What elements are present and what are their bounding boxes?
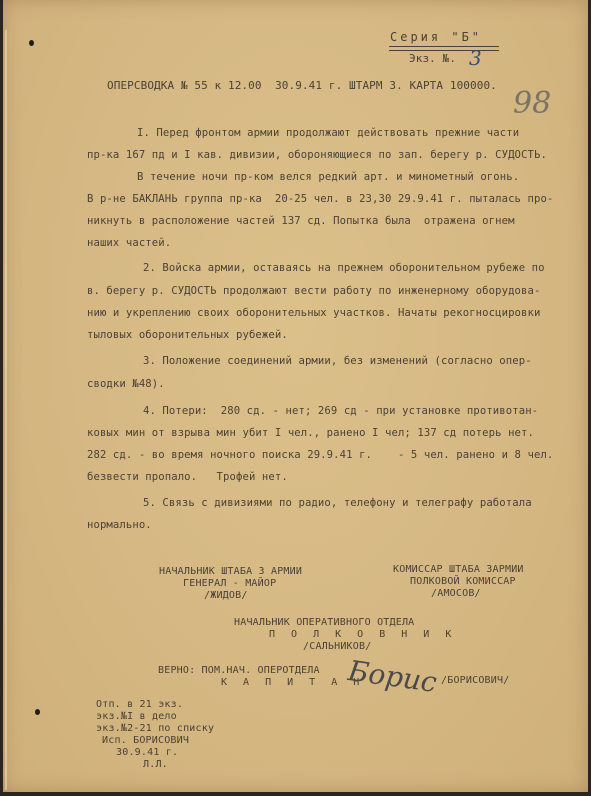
paragraph-1-line: никнуть в расположение частей 137 сд. По… [87,215,515,227]
handwritten-signature: Борис [346,654,439,699]
paragraph-5-line: нормально. [87,519,152,531]
series-underline [389,46,499,51]
signature-rank: П О Л К О В Н И К [269,629,456,640]
signature-title: КОМИССАР ШТАБА 3АРМИИ [393,564,524,575]
signature-name: /АМОСОВ/ [431,588,481,599]
footer-line: экз.№I в дело [96,711,177,722]
paragraph-1-line: наших частей. [87,237,171,249]
signature-title: НАЧАЛЬНИК ШТАБА 3 АРМИИ [159,566,302,577]
paragraph-2-line: нию и укреплению своих оборонительных уч… [87,307,540,319]
footer-line: 30.9.41 г. [116,747,178,758]
signature-title: НАЧАЛЬНИК ОПЕРАТИВНОГО ОТДЕЛА [234,617,414,628]
paragraph-5-line: 5. Связь с дивизиями по радио, телефону … [143,497,532,509]
paragraph-1-line: В течение ночи пр-ком велся редкий арт. … [137,171,519,183]
paragraph-3-line: сводки №48). [87,378,165,390]
ink-spot [35,709,40,715]
footer-line: экз.№2-21 по списку [96,723,214,734]
footer-line: Л.Л. [143,759,168,770]
paragraph-4-line: ковых мин от взрыва мин убит I чел., ран… [87,427,534,439]
paragraph-1-line: В р-не БАКЛАНЬ группа пр-ка 20-25 чел. в… [87,193,553,205]
copy-label: Экз. №. [409,52,456,65]
copy-number: 3 [469,46,482,70]
page-edge [5,30,7,790]
paragraph-4-line: 4. Потери: 280 сд. - нет; 269 сд - при у… [143,405,538,417]
series-label: Серия "Б" [390,30,482,44]
footer-line: Отп. в 21 экз. [96,699,183,710]
document-title: ОПЕРСВОДКА № 55 к 12.00 30.9.41 г. ШТАРМ… [107,79,497,92]
paragraph-1-line: I. Перед фронтом армии продолжают действ… [137,127,519,139]
paragraph-2-line: 2. Войска армии, оставаясь на прежнем об… [143,262,545,274]
ink-spot [29,40,34,46]
signature-rank: К А П И Т А Н [221,677,364,688]
paragraph-2-line: тыловых оборонительных рубежей. [87,329,288,341]
signature-name: /ЖИДОВ/ [204,590,248,601]
signature-rank: ПОЛКОВОЙ КОМИССАР [410,576,516,587]
archival-document-page: Серия "Б" Экз. №. 3 ОПЕРСВОДКА № 55 к 12… [3,0,588,792]
signature-name: /САЛЬНИКОВ/ [303,641,371,652]
signature-rank: ГЕНЕРАЛ - МАЙОР [183,578,276,589]
paragraph-4-line: 282 сд. - во время ночного поиска 29.9.4… [87,449,553,461]
archive-page-number: 98 [513,86,551,121]
paragraph-1-line: пр-ка 167 пд и I кав. дивизии, обороняющ… [87,149,547,161]
paragraph-3-line: 3. Положение соединений армии, без измен… [143,355,532,367]
signature-name: /БОРИСОВИЧ/ [441,675,509,686]
signature-title: ВЕРНО: ПОМ.НАЧ. ОПЕРОТДЕЛА [158,665,320,676]
paragraph-2-line: в. берегу р. СУДОСТЬ продолжают вести ра… [87,285,540,297]
paragraph-4-line: безвести пропало. Трофей нет. [87,471,288,483]
footer-line: Исп. БОРИСОВИЧ [102,735,189,746]
